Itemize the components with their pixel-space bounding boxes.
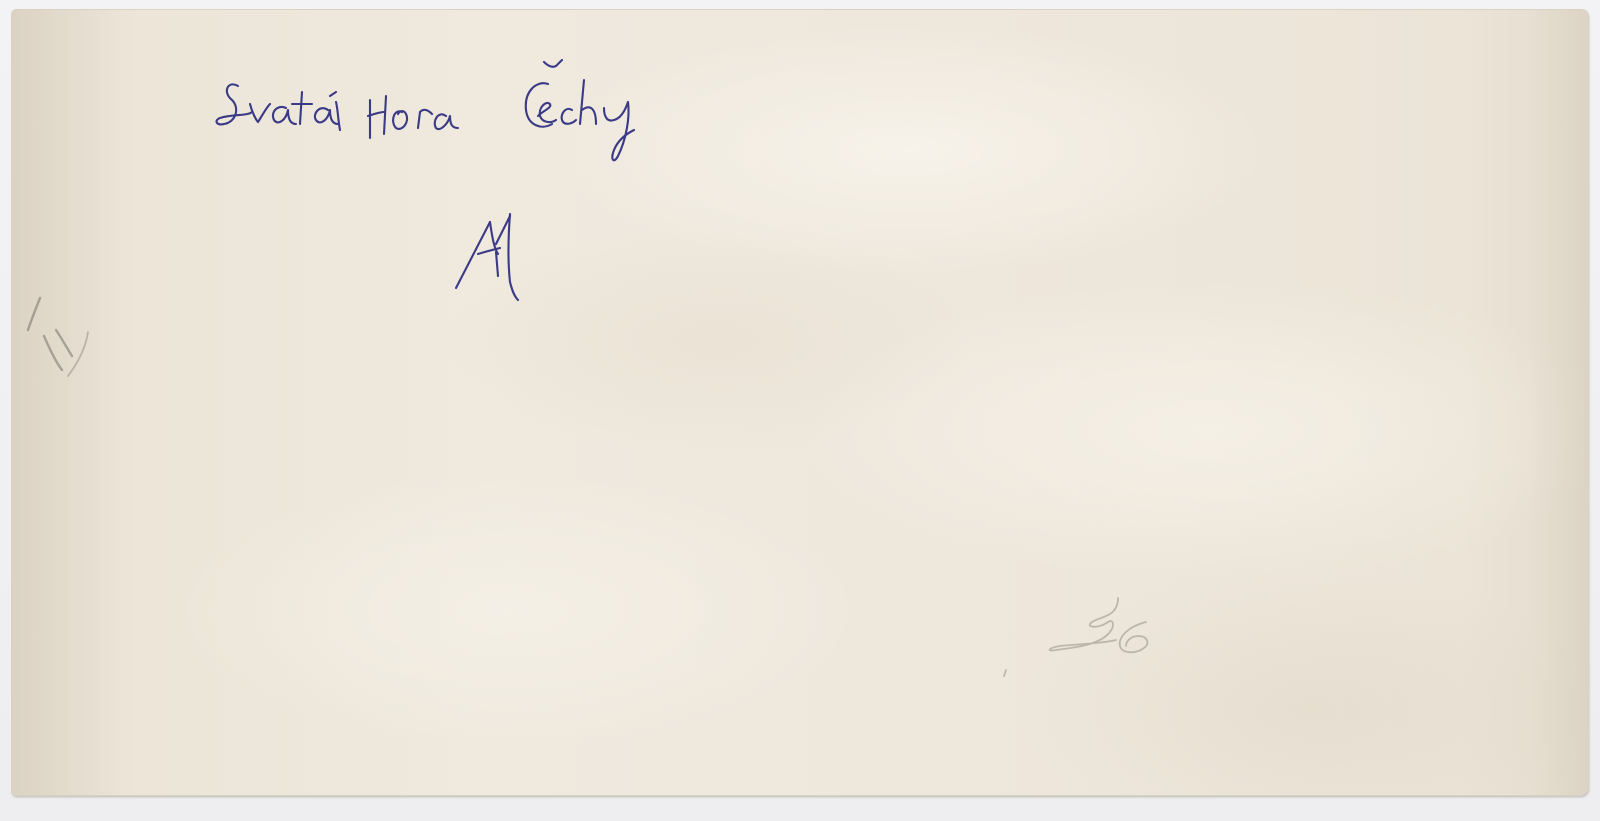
photo-card-back	[12, 10, 1588, 795]
